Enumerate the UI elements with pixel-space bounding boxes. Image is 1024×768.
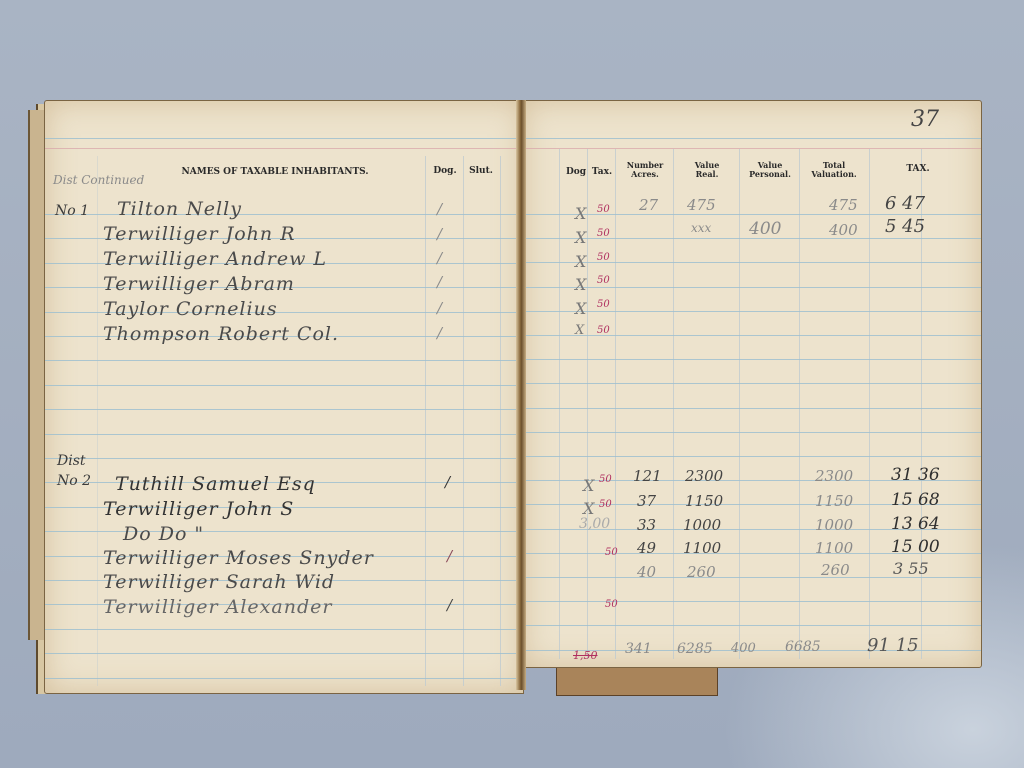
total-valuation: 1150 (815, 492, 853, 510)
dog-tax: 50 (597, 299, 610, 310)
total-valuation: 2300 (815, 467, 853, 485)
inhabitant-name: Taylor Cornelius (103, 298, 278, 320)
tax-total: 13 64 (891, 514, 940, 534)
real-value: 2300 (685, 467, 723, 485)
total-tax-sum: 91 15 (867, 635, 919, 656)
real-value: 475 (687, 196, 716, 214)
book-spine (516, 100, 526, 690)
tax-total: 31 36 (891, 465, 940, 485)
total-valuation: 1000 (815, 516, 853, 534)
page-number: 37 (911, 107, 939, 132)
total-dog-tax: 1,50 (573, 649, 598, 662)
acres-value: 27 (639, 196, 658, 214)
district-1-label: No 1 (55, 203, 89, 219)
district-2-label-line2: No 2 (57, 473, 91, 489)
tax-total: 6 47 (885, 193, 925, 214)
inhabitant-name: Tuthill Samuel Esq (115, 473, 316, 495)
dog-mark: / (445, 473, 450, 491)
inhabitant-name: Terwilliger Alexander (103, 596, 332, 618)
dog-tax: 50 (597, 275, 610, 286)
acres-value: 37 (637, 492, 656, 510)
acres-value: 49 (637, 539, 656, 557)
real-value: 1100 (683, 539, 721, 557)
dog-mark: / (437, 324, 442, 342)
value-personal-column-header: Value Personal. (741, 161, 799, 179)
dog-tax: 50 (597, 228, 610, 239)
dog-tax: 50 (597, 325, 610, 336)
real-value: 1000 (683, 516, 721, 534)
total-personal: 400 (731, 641, 756, 656)
dog-x-mark: X (575, 299, 586, 318)
ruled-line (523, 335, 981, 336)
district-2-label-line1: Dist (57, 453, 86, 469)
dog-column-header: Dog (563, 168, 589, 177)
names-column-header: NAMES OF TAXABLE INHABITANTS. (175, 168, 375, 177)
dog-mark: / (437, 273, 442, 291)
dog-x-mark: X (575, 275, 586, 294)
inhabitant-name: Thompson Robert Col. (103, 323, 339, 345)
ruled-line (45, 385, 523, 386)
acres-value: 33 (637, 516, 656, 534)
acres-value: 40 (637, 563, 656, 581)
tax-total-column-header: TAX. (873, 165, 963, 174)
slut-column-header: Slut. (465, 167, 497, 176)
ruled-line (523, 408, 981, 409)
dog-mark: / (437, 249, 442, 267)
dog-tax: 50 (597, 204, 610, 215)
total-real: 6285 (677, 641, 713, 657)
value-real-column-header: Value Real. (677, 161, 737, 179)
personal-value: 400 (749, 219, 781, 239)
total-valuation: 475 (829, 196, 858, 214)
dog-x-mark: X (575, 228, 586, 247)
dog-x-mark: X (575, 323, 584, 338)
dog-tax: 50 (605, 599, 618, 610)
tax-total: 15 68 (891, 490, 940, 510)
ruled-line (523, 214, 981, 215)
ruled-line (45, 653, 523, 654)
dog-tax: 50 (605, 547, 618, 558)
ruled-line (45, 360, 523, 361)
total-acres: 341 (625, 641, 652, 657)
tax-column-header: Tax. (589, 168, 615, 177)
acres-column-header: Number Acres. (619, 161, 671, 179)
ruled-line (45, 531, 523, 532)
inhabitant-name: Terwilliger John R (103, 223, 296, 245)
inhabitant-name: Terwilliger Andrew L (103, 248, 327, 270)
right-page: 37 Dog Tax. Number Acres. Value Real. Va… (522, 100, 982, 668)
left-page: Dist Continued NAMES OF TAXABLE INHABITA… (44, 100, 524, 694)
inhabitant-name: Do Do " (123, 523, 204, 545)
ruled-line (45, 629, 523, 630)
ruled-line (523, 456, 981, 457)
real-value: xxx (691, 221, 711, 235)
inhabitant-name: Tilton Nelly (117, 198, 242, 220)
ruled-line (45, 434, 523, 435)
dog-tax: 3,00 (579, 516, 610, 532)
tax-total: 15 00 (891, 537, 940, 557)
dog-tax: 50 (597, 252, 610, 263)
inhabitant-name: Terwilliger Moses Snyder (103, 547, 374, 569)
ruled-line (45, 409, 523, 410)
dog-mark: / (437, 225, 442, 243)
dog-tax: 50 (599, 474, 612, 485)
dog-x-mark: X (575, 204, 586, 223)
ruled-line (45, 678, 523, 679)
dog-mark: / (437, 200, 442, 218)
total-valuation: 260 (821, 561, 850, 579)
ruled-line (523, 383, 981, 384)
ruled-line (523, 287, 981, 288)
dog-mark: / (447, 547, 452, 565)
ruled-line (523, 359, 981, 360)
district-continued-note: Dist Continued (53, 173, 144, 187)
inhabitant-name: Terwilliger Abram (103, 273, 295, 295)
dog-x-mark: X (575, 252, 586, 271)
ledger-book: Dist Continued NAMES OF TAXABLE INHABITA… (0, 0, 1024, 768)
dog-column-header: Dog. (429, 167, 461, 176)
ruled-line (45, 458, 523, 459)
total-valuation: 400 (829, 221, 858, 239)
ruled-line (523, 625, 981, 626)
ruled-line (523, 432, 981, 433)
tax-total: 3 55 (893, 559, 929, 578)
dog-x-mark: X (583, 476, 594, 495)
inhabitant-name: Terwilliger Sarah Wid (103, 571, 335, 593)
total-valuation-sum: 6685 (785, 639, 821, 655)
ruled-line (523, 601, 981, 602)
inhabitant-name: Terwilliger John S (103, 498, 294, 520)
tax-total: 5 45 (885, 216, 925, 237)
total-valuation-column-header: Total Valuation. (801, 161, 867, 179)
ruled-line (523, 262, 981, 263)
total-valuation: 1100 (815, 539, 853, 557)
dog-tax: 50 (599, 499, 612, 510)
dog-mark: / (437, 299, 442, 317)
acres-value: 121 (633, 467, 662, 485)
real-value: 260 (687, 563, 716, 581)
dog-mark: / (447, 596, 452, 614)
real-value: 1150 (685, 492, 723, 510)
ruled-line (523, 311, 981, 312)
